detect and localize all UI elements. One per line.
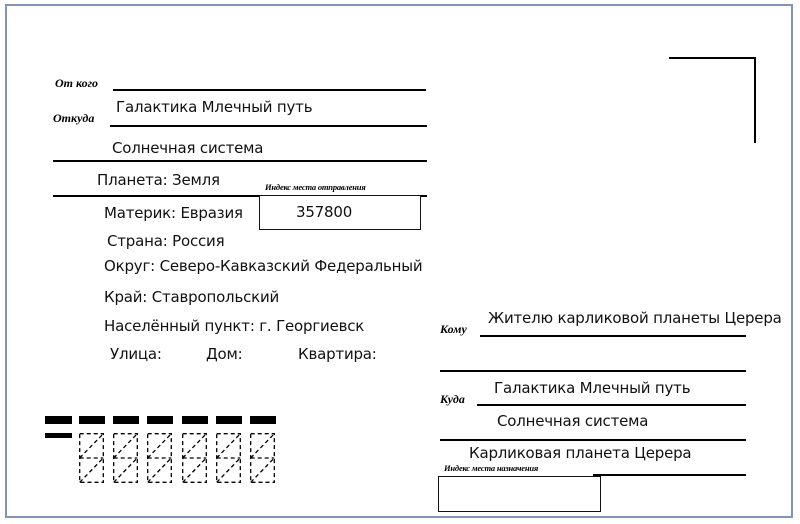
zip-digit-cell[interactable] bbox=[79, 433, 104, 483]
sender-district[interactable]: Округ: Северо-Кавказский Федеральный bbox=[104, 257, 422, 275]
recipient-line-4 bbox=[440, 439, 746, 441]
sender-postcode-box[interactable]: 357800 bbox=[259, 195, 421, 230]
sender-postcode-value: 357800 bbox=[296, 203, 352, 221]
zip-cell-bar bbox=[113, 416, 139, 424]
zip-cell-bar bbox=[250, 416, 276, 424]
sender-locality[interactable]: Населённый пункт: г. Георгиевск bbox=[104, 317, 364, 335]
sender-apartment-label: Квартира: bbox=[298, 345, 377, 363]
zip-digit-cell[interactable] bbox=[113, 433, 138, 483]
recipient-line-5 bbox=[593, 474, 746, 476]
from-label: От кого bbox=[55, 76, 98, 91]
sender-line-2 bbox=[53, 160, 427, 162]
sender-region[interactable]: Край: Ставропольский bbox=[104, 288, 279, 306]
zip-cell-bar bbox=[79, 416, 105, 424]
recipient-postcode-box[interactable] bbox=[438, 476, 601, 512]
sender-line-3-left bbox=[53, 195, 260, 197]
zip-cell-bar bbox=[147, 416, 173, 424]
where-to-label: Куда bbox=[440, 392, 465, 407]
zip-cell-bar bbox=[216, 416, 242, 424]
zip-digit-cell[interactable] bbox=[216, 433, 241, 483]
recipient-galaxy[interactable]: Галактика Млечный путь bbox=[494, 379, 690, 397]
recipient-planet[interactable]: Карликовая планета Церера bbox=[469, 444, 691, 462]
recipient-name[interactable]: Жителю карликовой планеты Церера bbox=[488, 309, 782, 327]
recipient-line-2 bbox=[440, 370, 746, 372]
zip-digit-cell[interactable] bbox=[250, 433, 275, 483]
where-from-label: Откуда bbox=[53, 111, 94, 126]
where-from-line bbox=[110, 125, 427, 127]
sender-house-label: Дом: bbox=[206, 345, 242, 363]
sender-country[interactable]: Страна: Россия bbox=[107, 232, 224, 250]
zip-cell-bar bbox=[182, 416, 208, 424]
sender-galaxy[interactable]: Галактика Млечный путь bbox=[116, 98, 312, 116]
stamp-corner-horizontal bbox=[669, 57, 756, 59]
recipient-postcode-label: Индекс места назначения bbox=[444, 463, 538, 473]
zip-digit-cell[interactable] bbox=[182, 433, 207, 483]
sender-planet[interactable]: Планета: Земля bbox=[97, 171, 220, 189]
where-to-line bbox=[477, 404, 746, 406]
to-line bbox=[480, 335, 746, 337]
to-label: Кому bbox=[440, 322, 467, 337]
sender-continent[interactable]: Материк: Евразия bbox=[104, 204, 243, 222]
sender-postcode-label: Индекс места отправления bbox=[265, 182, 366, 192]
sender-street-label: Улица: bbox=[110, 345, 162, 363]
stamp-corner-vertical bbox=[754, 57, 756, 143]
from-line bbox=[113, 89, 426, 91]
recipient-system[interactable]: Солнечная система bbox=[497, 412, 648, 430]
zip-marker-bar bbox=[45, 416, 72, 424]
zip-marker-bar-short bbox=[45, 433, 72, 438]
zip-digit-cell[interactable] bbox=[147, 433, 172, 483]
sender-system[interactable]: Солнечная система bbox=[112, 139, 263, 157]
